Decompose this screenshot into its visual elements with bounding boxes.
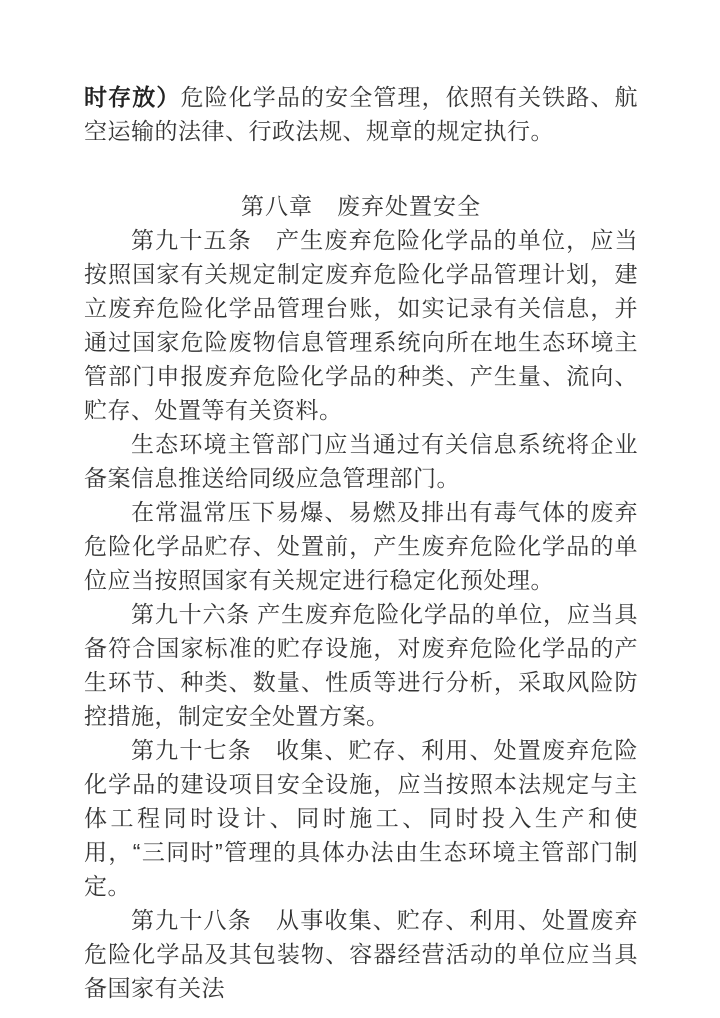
article-paragraph-95: 第九十五条 产生废弃危险化学品的单位，应当按照国家有关规定制定废弃危险化学品管理…: [84, 223, 638, 427]
article-paragraph-98: 第九十八条 从事收集、贮存、利用、处置废弃危险化学品及其包装物、容器经营活动的单…: [84, 903, 638, 1005]
intro-paragraph: 时存放）危险化学品的安全管理，依照有关铁路、航空运输的法律、行政法规、规章的规定…: [84, 80, 638, 148]
document-page: 时存放）危险化学品的安全管理，依照有关铁路、航空运输的法律、行政法规、规章的规定…: [0, 0, 720, 1018]
paragraph-eco-env-push: 生态环境主管部门应当通过有关信息系统将企业备案信息推送给同级应急管理部门。: [84, 427, 638, 495]
intro-bold-lead: 时存放）: [84, 84, 180, 110]
paragraph-pretreatment: 在常温常压下易爆、易燃及排出有毒气体的废弃危险化学品贮存、处置前，产生废弃危险化…: [84, 495, 638, 597]
chapter-heading: 第八章 废弃处置安全: [84, 189, 638, 223]
article-paragraph-96: 第九十六条 产生废弃危险化学品的单位，应当具备符合国家标准的贮存设施，对废弃危险…: [84, 597, 638, 733]
article-paragraph-97: 第九十七条 收集、贮存、利用、处置废弃危险化学品的建设项目安全设施，应当按照本法…: [84, 733, 638, 903]
